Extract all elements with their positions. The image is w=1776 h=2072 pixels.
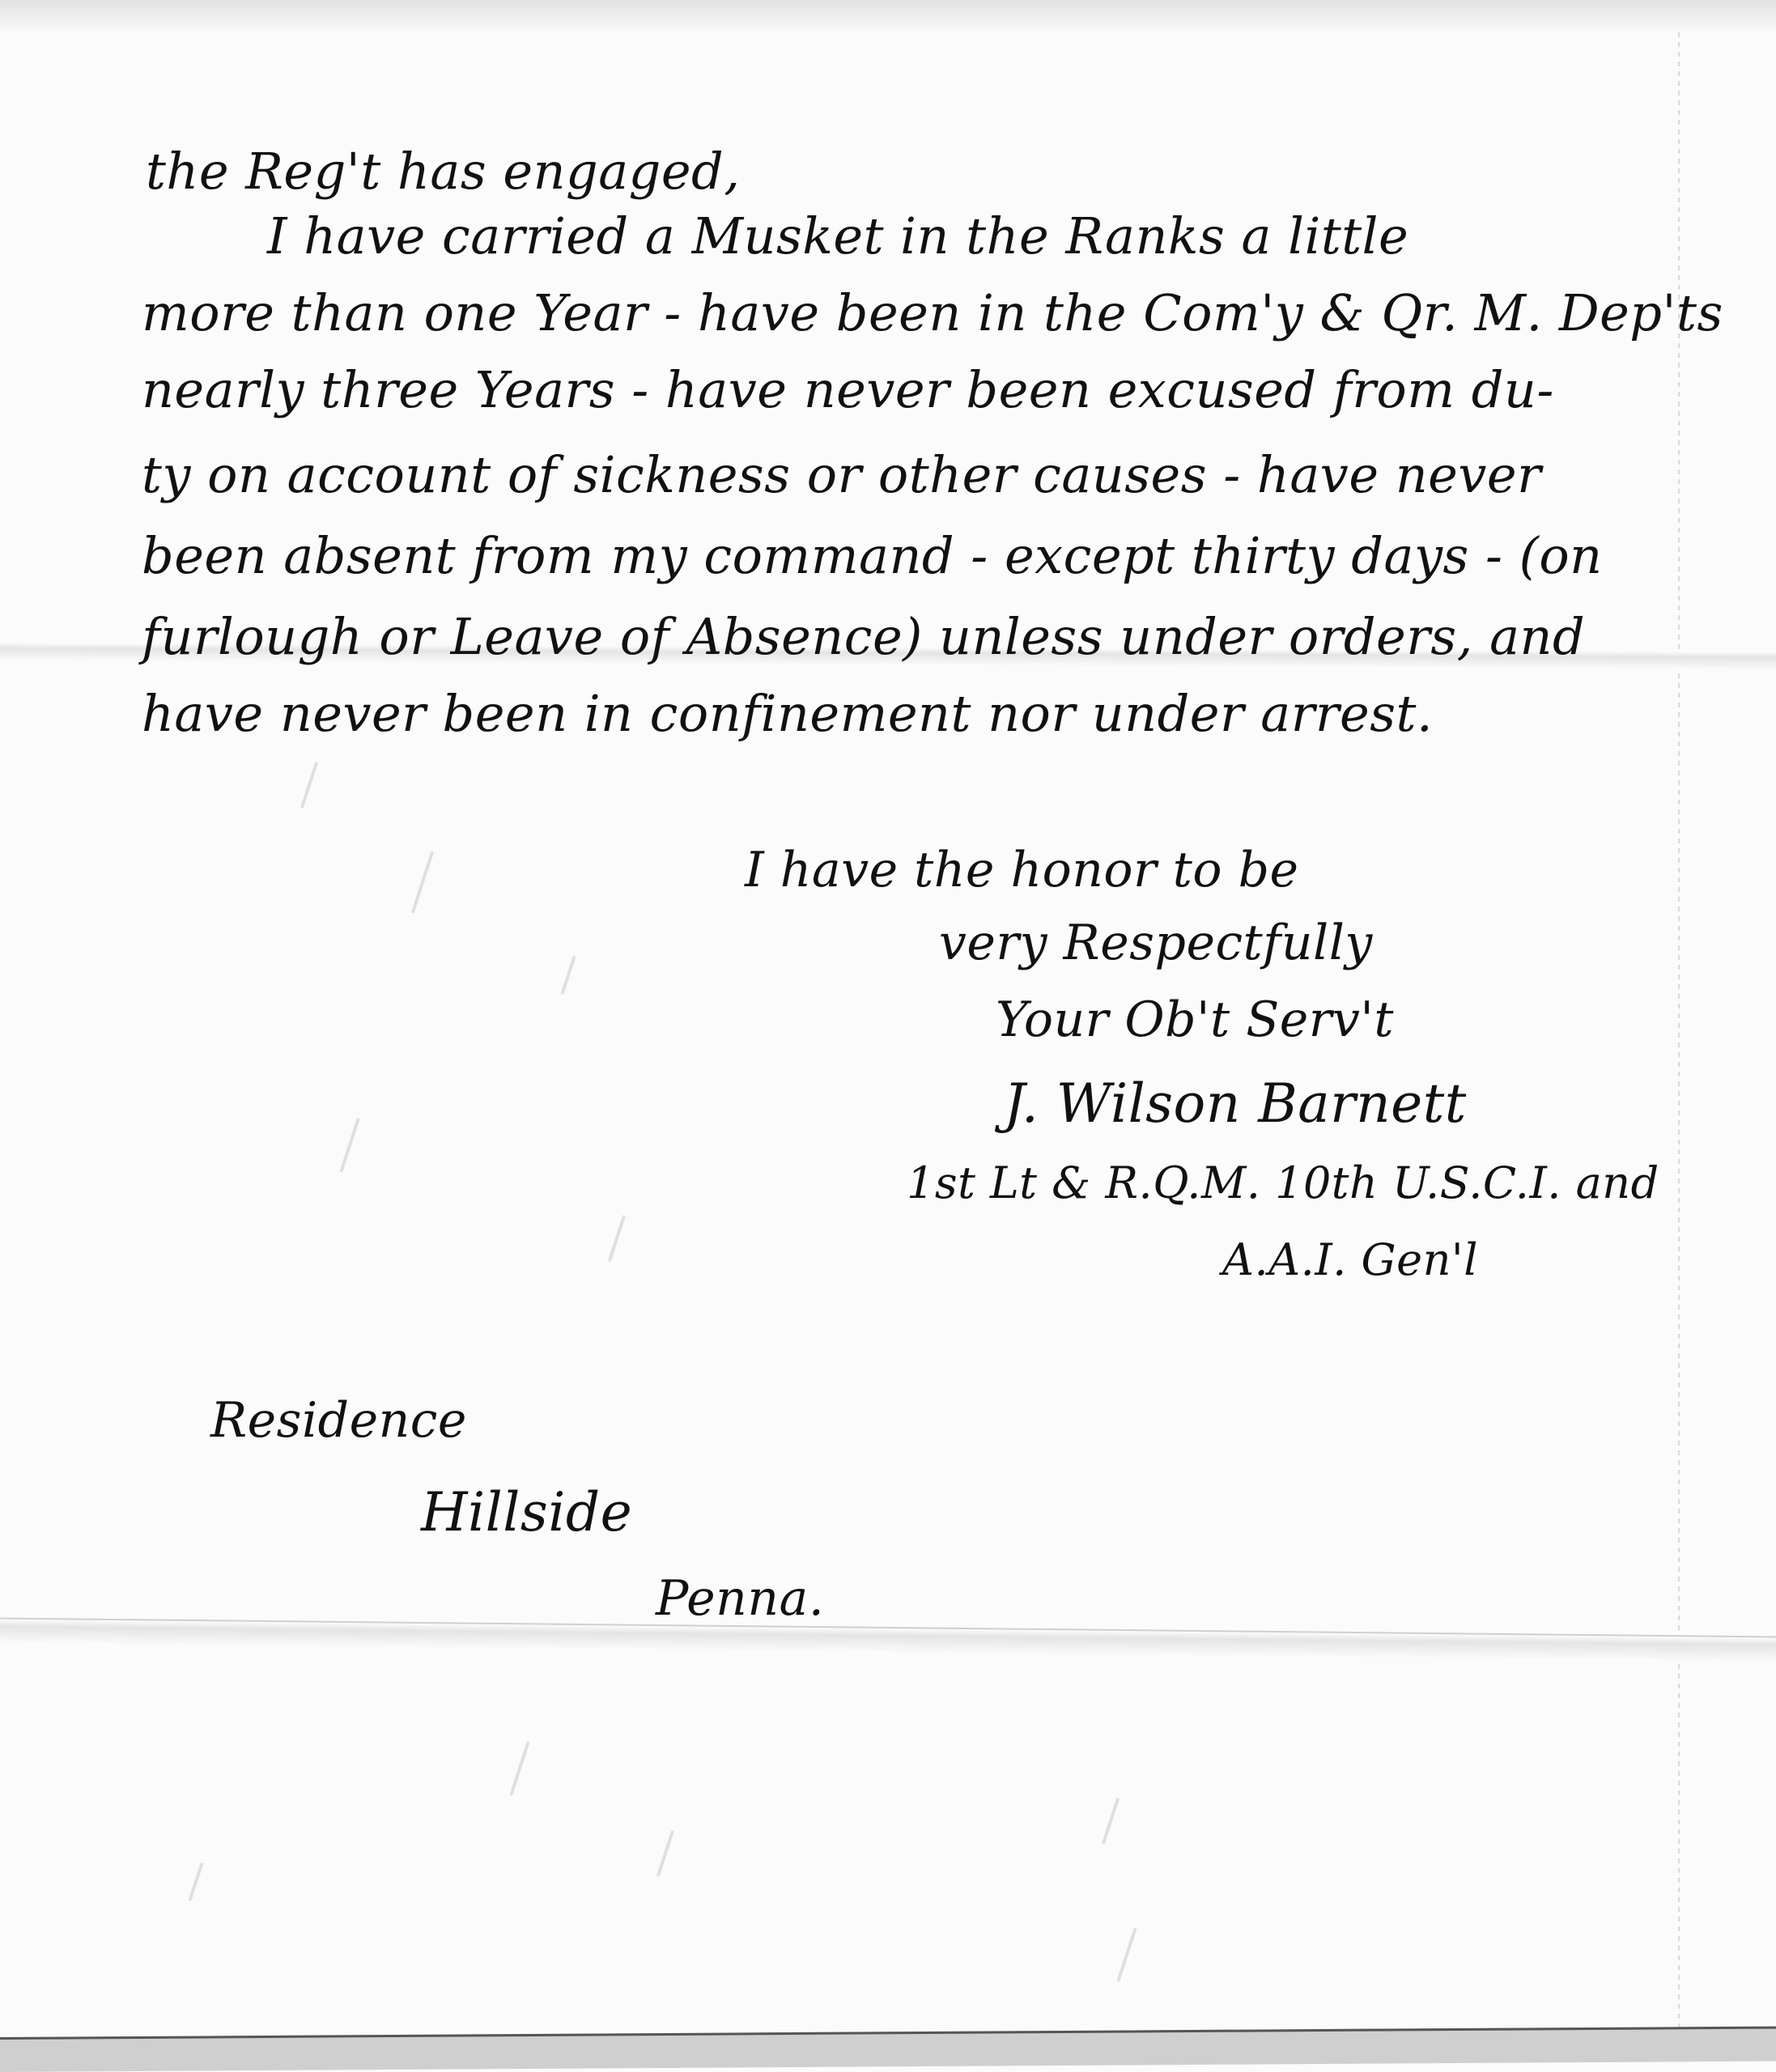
bleed-through-mark [1102, 1798, 1120, 1845]
signature-title-line-1: 1st Lt & R.Q.M. 10th U.S.C.I. and [907, 1157, 1659, 1208]
body-line-2: I have carried a Musket in the Ranks a l… [267, 206, 1408, 265]
body-line-6: been absent from my command - except thi… [142, 526, 1603, 585]
bleed-through-mark [300, 762, 318, 809]
residence-state: Penna. [656, 1570, 824, 1627]
body-line-8: have never been in confinement nor under… [142, 684, 1433, 743]
fold-line-lower [0, 1618, 1776, 1662]
closing-line-3: Your Ob't Serv't [996, 991, 1394, 1048]
body-line-1: the Reg't has engaged, [146, 142, 740, 201]
letter-page: the Reg't has engaged, I have carried a … [0, 0, 1776, 2072]
body-line-4: nearly three Years - have never been exc… [142, 360, 1554, 419]
residence-place: Hillside [421, 1481, 632, 1543]
bleed-through-mark [656, 1830, 674, 1877]
closing-line-2: very Respectfully [939, 915, 1373, 971]
body-line-7: furlough or Leave of Absence) unless und… [142, 607, 1585, 666]
bleed-through-mark [1116, 1927, 1137, 1982]
body-line-3: more than one Year - have been in the Co… [142, 283, 1723, 342]
signature-title-line-2: A.A.I. Gen'l [1222, 1234, 1478, 1285]
bottom-paper-edge [0, 2027, 1776, 2072]
top-edge-shadow [0, 0, 1776, 32]
bleed-through-mark [339, 1118, 359, 1173]
bleed-through-mark [560, 956, 576, 996]
bleed-through-mark [608, 1215, 626, 1262]
signature-name: J. Wilson Barnett [1004, 1072, 1467, 1135]
bleed-through-mark [509, 1741, 529, 1796]
closing-line-1: I have the honor to be [745, 842, 1299, 898]
body-line-5: ty on account of sickness or other cause… [142, 445, 1541, 504]
bleed-through-mark [411, 851, 435, 913]
residence-label: Residence [210, 1392, 467, 1449]
bleed-through-mark [188, 1862, 203, 1902]
